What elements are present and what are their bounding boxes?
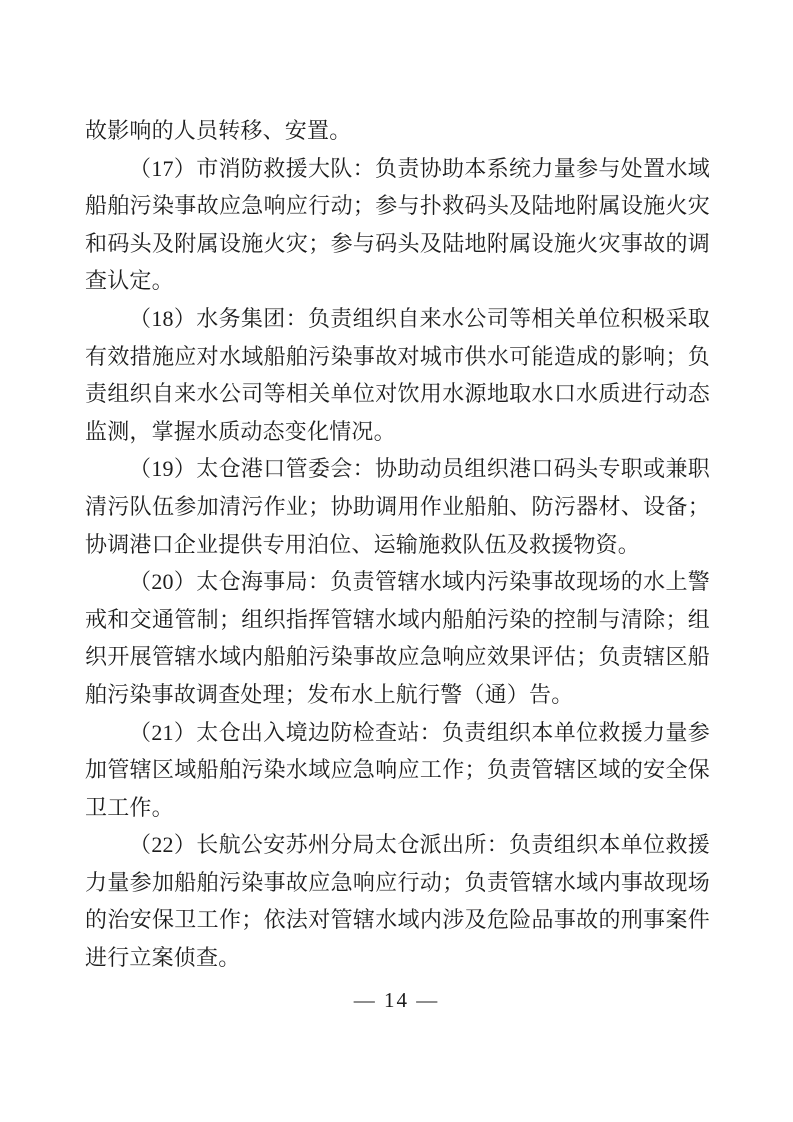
paragraph-item-21: （21）太仓出入境边防检查站：负责组织本单位救援力量参加管辖区域船舶污染水域应急… bbox=[85, 714, 710, 827]
paragraph-item-20: （20）太仓海事局：负责管辖水域内污染事故现场的水上警戒和交通管制；组织指挥管辖… bbox=[85, 563, 710, 713]
paragraph-item-19: （19）太仓港口管委会：协助动员组织港口码头专职或兼职清污队伍参加清污作业；协助… bbox=[85, 450, 710, 563]
document-body: 故影响的人员转移、安置。 （17）市消防救援大队：负责协助本系统力量参与处置水域… bbox=[85, 112, 710, 977]
page-number: — 14 — bbox=[0, 986, 793, 1014]
paragraph-item-22: （22）长航公安苏州分局太仓派出所：负责组织本单位救援力量参加船舶污染事故应急响… bbox=[85, 826, 710, 976]
document-page: 故影响的人员转移、安置。 （17）市消防救援大队：负责协助本系统力量参与处置水域… bbox=[0, 0, 793, 1122]
paragraph-item-17: （17）市消防救援大队：负责协助本系统力量参与处置水域船舶污染事故应急响应行动；… bbox=[85, 150, 710, 300]
paragraph-continuation: 故影响的人员转移、安置。 bbox=[85, 112, 710, 150]
paragraph-item-18: （18）水务集团：负责组织自来水公司等相关单位积极采取有效措施应对水域船舶污染事… bbox=[85, 300, 710, 450]
